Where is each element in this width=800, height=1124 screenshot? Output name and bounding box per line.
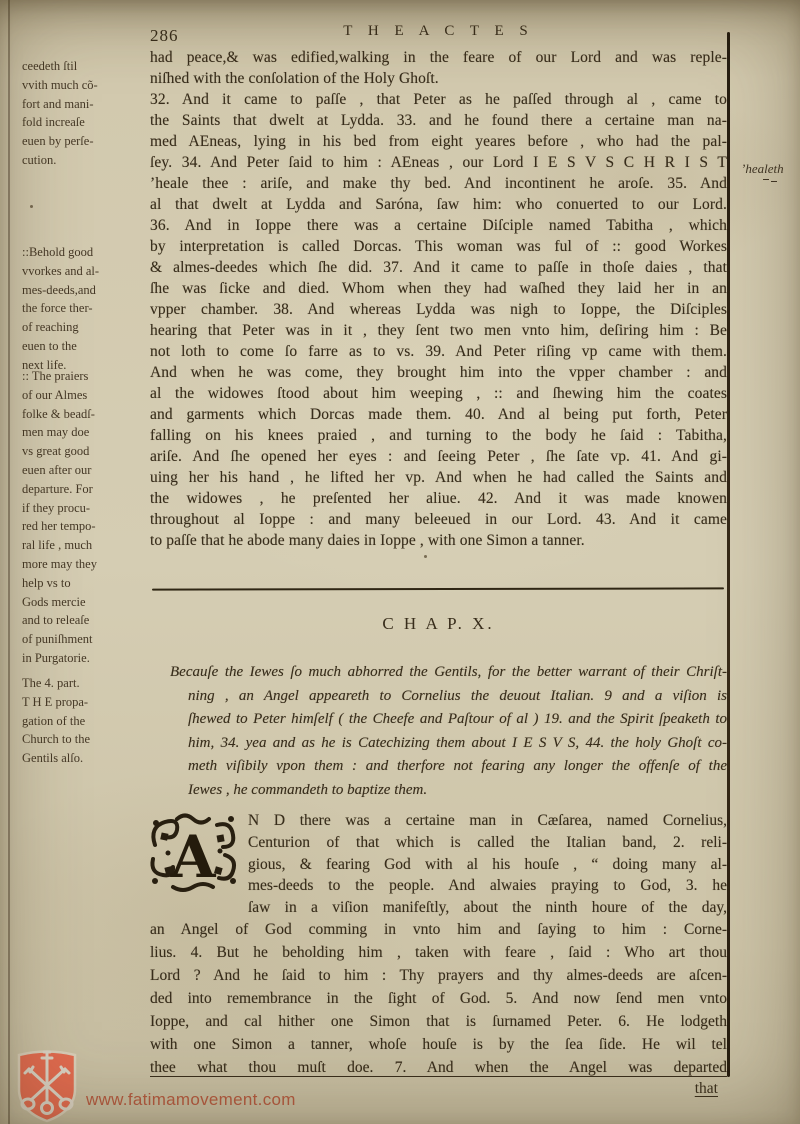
body-text-line: N D there was a certaine man in Cæſarea,… bbox=[248, 810, 727, 832]
margin-note-line: gation of the bbox=[22, 712, 148, 731]
margin-note-line: Gods mercie bbox=[22, 593, 148, 612]
margin-note-line: euen after our bbox=[22, 461, 148, 480]
catchword: that bbox=[695, 1080, 718, 1098]
body-text-line: falling on his knees praied , and turnin… bbox=[150, 425, 727, 446]
body-text-line: vpper chamber. 38. And whereas Lydda was… bbox=[150, 299, 727, 320]
margin-note-line: folke & beadſ- bbox=[22, 405, 148, 424]
body-text-line: And when he was come, they brought him i… bbox=[150, 362, 727, 383]
ink-speck bbox=[208, 372, 210, 374]
page-scan-edge bbox=[8, 0, 10, 1124]
margin-note-line: the force ther- bbox=[22, 299, 148, 318]
margin-note-fourth-part: The 4. part.T H E propa-gation of theChu… bbox=[22, 674, 148, 768]
body-text-line: with one Simon a tanner, whoſe houſe is … bbox=[150, 1033, 727, 1056]
body-text-line: Centurion of that which is called the It… bbox=[248, 832, 727, 854]
body-text-line: throughout al Ioppe : and many beleeued … bbox=[150, 509, 727, 530]
body-text-line: niſhed with the conſolation of the Holy … bbox=[150, 68, 727, 89]
body-text-line: not loth to come ſo farre as to vs. 39. … bbox=[150, 341, 727, 362]
margin-note-line: :: The praiers bbox=[22, 367, 148, 386]
margin-note-line: fold increaſe bbox=[22, 113, 148, 132]
body-text-line: ſey. 34. And Peter ſaid to him : AEneas … bbox=[150, 152, 727, 173]
body-text-line: ’heale thee : ariſe, and make thy bed. A… bbox=[150, 173, 727, 194]
body-text-line: al the widowes ſtood about him weeping ,… bbox=[150, 383, 727, 404]
margin-note-line: men may doe bbox=[22, 423, 148, 442]
column-rule bbox=[727, 32, 730, 1077]
margin-note-line: ral life , much bbox=[22, 536, 148, 555]
summary-line: him, 34. yea and as he is Catechizing th… bbox=[170, 732, 727, 756]
scanned-bible-page: 286 T H E A C T E S ceedeth ſtilvvith mu… bbox=[0, 0, 800, 1124]
margin-note-line: vs great good bbox=[22, 442, 148, 461]
body-text-line: uing her his hand , he lifted her vp. An… bbox=[150, 467, 727, 488]
margin-note-line: mes-deeds,and bbox=[22, 281, 148, 300]
margin-note-line: vvorkes and al- bbox=[22, 262, 148, 281]
summary-line: Becauſe the Iewes ſo much abhorred the G… bbox=[170, 661, 727, 685]
margin-note-good-works: ::Behold goodvvorkes and al-mes-deeds,an… bbox=[22, 243, 148, 375]
margin-note-line: T H E propa- bbox=[22, 693, 148, 712]
crossed-keys-shield-icon bbox=[13, 1047, 81, 1123]
body-text-line: the widowes , he preſented her aliue. 42… bbox=[150, 488, 727, 509]
summary-line: ſhewed to Peter himſelf ( the Cheefe and… bbox=[170, 708, 727, 732]
summary-line: ning , an Angel appeareth to Cornelius t… bbox=[170, 685, 727, 709]
body-text-line: al that dwelt at Lydda and Saróna, ſaw h… bbox=[150, 194, 727, 215]
body-text-line: gious, & fearing God with al his houſe ,… bbox=[248, 854, 727, 876]
underlined-text-line: thee what thou muſt doe. 7. And when the… bbox=[150, 1056, 727, 1079]
chapter-summary-italic: Becauſe the Iewes ſo much abhorred the G… bbox=[170, 661, 727, 802]
body-text-line: Lord ? And he ſaid to him : Thy prayers … bbox=[150, 964, 727, 987]
margin-note-line: departure. For bbox=[22, 480, 148, 499]
body-text-line: and garments which Dorcas made them. 40.… bbox=[150, 404, 727, 425]
chapter-heading: C H A P. X. bbox=[150, 614, 727, 634]
section-divider-rule bbox=[152, 587, 724, 590]
body-text-line: mes-deeds to the people. And alwaies pra… bbox=[248, 875, 727, 897]
dropcap-letter: A bbox=[169, 823, 216, 891]
body-text-line: med AEneas, lying in his bed from eight … bbox=[150, 131, 727, 152]
body-text-line: hearing that Peter was in it , they ſent… bbox=[150, 320, 727, 341]
body-text-line: ded into remembrance in the ſight of God… bbox=[150, 987, 727, 1010]
summary-line: meth viſibily vpon them : and therfore n… bbox=[170, 755, 727, 779]
body-text-line: to paſſe that he abode many daies in Iop… bbox=[150, 530, 727, 551]
body-text-line: Ioppe, and cal hither one Simon that is … bbox=[150, 1010, 727, 1033]
margin-note-line: euen to the bbox=[22, 337, 148, 356]
margin-note-persecution: ceedeth ſtilvvith much cõ-fort and mani-… bbox=[22, 57, 148, 170]
summary-line: Iewes , he commandeth to baptize them. bbox=[170, 779, 727, 803]
ink-speck bbox=[424, 555, 427, 558]
cornelius-paragraph-indented: N D there was a certaine man in Cæſarea,… bbox=[248, 810, 727, 919]
body-text-line: 32. And it came to paſſe , that Peter as… bbox=[150, 89, 727, 110]
margin-note-line: and to releaſe bbox=[22, 611, 148, 630]
margin-note-line: if they procu- bbox=[22, 499, 148, 518]
margin-note-line: in Purgatorie. bbox=[22, 649, 148, 668]
margin-note-line: euen by perſe- bbox=[22, 132, 148, 151]
margin-note-line: of our Almes bbox=[22, 386, 148, 405]
right-margin-note-healeth: ’healeth bbox=[741, 161, 784, 177]
body-text-line: by interpretation is called Dorcas. This… bbox=[150, 236, 727, 257]
margin-note-line: Gentils alſo. bbox=[22, 749, 148, 768]
margin-note-line: of reaching bbox=[22, 318, 148, 337]
body-text-line: ſhe was ſicke and died. Whom when they h… bbox=[150, 278, 727, 299]
margin-note-line: fort and mani- bbox=[22, 95, 148, 114]
ornamental-dropcap-A: A bbox=[147, 811, 239, 895]
ink-speck bbox=[30, 205, 33, 208]
running-title: T H E A C T E S bbox=[150, 23, 727, 40]
body-text-line: an Angel of God comming in vnto him and … bbox=[150, 918, 727, 941]
margin-note-line: of puniſhment bbox=[22, 630, 148, 649]
body-text-line: ſaw in a viſion manifeſtly, about the ni… bbox=[248, 897, 727, 919]
margin-note-line: red her tempo- bbox=[22, 517, 148, 536]
margin-note-line: ::Behold good bbox=[22, 243, 148, 262]
margin-note-prayers-of-almes: :: The praiersof our Almesfolke & beadſ-… bbox=[22, 367, 148, 668]
margin-note-line: Church to the bbox=[22, 730, 148, 749]
margin-note-line: cution. bbox=[22, 151, 148, 170]
body-text-line: 36. And in Ioppe there was a certaine Di… bbox=[150, 215, 727, 236]
margin-note-line: The 4. part. bbox=[22, 674, 148, 693]
margin-note-line: more may they bbox=[22, 555, 148, 574]
margin-note-line: vvith much cõ- bbox=[22, 76, 148, 95]
body-text-line: the Saints that dwelt at Lydda. 33. and … bbox=[150, 110, 727, 131]
body-text-line: lius. 4. But he beholding him , taken wi… bbox=[150, 941, 727, 964]
body-text-line: ariſe. And ſhe opened her eyes : and ſee… bbox=[150, 446, 727, 467]
margin-note-line: ceedeth ſtil bbox=[22, 57, 148, 76]
body-text-line: & almes-deedes which ſhe did. 37. And it… bbox=[150, 257, 727, 278]
body-text-line: had peace,& was edified,walking in the f… bbox=[150, 47, 727, 68]
watermark-url-text: www.fatimamovement.com bbox=[86, 1090, 296, 1110]
body-text-acts9: had peace,& was edified,walking in the f… bbox=[150, 47, 727, 551]
margin-note-line: help vs to bbox=[22, 574, 148, 593]
underline-mark bbox=[763, 179, 769, 180]
cornelius-paragraph-full: an Angel of God comming in vnto him and … bbox=[150, 918, 727, 1056]
